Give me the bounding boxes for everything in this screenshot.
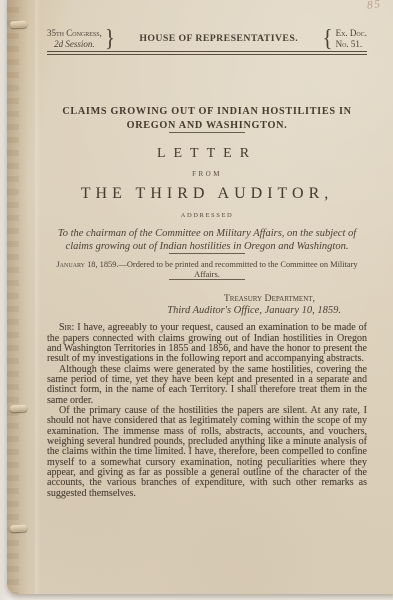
left-brace: } bbox=[105, 26, 115, 50]
scanned-document-background: 85 35th Congress, 2d Session. } HOUSE OF… bbox=[0, 0, 393, 600]
order-date: January 18, 1859. bbox=[56, 260, 118, 269]
session-label: 2d Session. bbox=[47, 39, 102, 50]
document-title: CLAIMS GROWING OUT OF INDIAN HOSTILITIES… bbox=[47, 105, 367, 132]
body-paragraph: Sir: I have, agreeably to your request, … bbox=[47, 323, 367, 364]
body-paragraph: Of the primary cause of the hostilities … bbox=[47, 406, 367, 499]
addressee-text: To the chairman of the Committee on Mili… bbox=[47, 228, 367, 253]
section-rule bbox=[169, 253, 245, 254]
from-label: FROM bbox=[47, 170, 367, 178]
binding-stitch bbox=[10, 21, 27, 29]
printed-content: 35th Congress, 2d Session. } HOUSE OF RE… bbox=[47, 0, 367, 499]
letter-body: Sir: I have, agreeably to your request, … bbox=[47, 323, 367, 499]
binding-stitch bbox=[10, 405, 27, 413]
congress-session-block: 35th Congress, 2d Session. bbox=[47, 28, 102, 49]
binding-stitch bbox=[10, 525, 27, 533]
body-paragraph: Although these claims were generated by … bbox=[47, 365, 367, 406]
masthead: 35th Congress, 2d Session. } HOUSE OF RE… bbox=[47, 28, 367, 49]
section-rule bbox=[169, 132, 245, 133]
section-rule bbox=[169, 279, 245, 280]
title-line-2: OREGON AND WASHINGTON. bbox=[47, 119, 367, 133]
right-brace: { bbox=[322, 26, 332, 50]
office-dateline: Third Auditor's Office, January 10, 1859… bbox=[47, 305, 367, 318]
author-heading: THE THIRD AUDITOR, bbox=[47, 185, 367, 203]
doc-type-label: Ex. Doc. bbox=[336, 28, 367, 39]
order-note: January 18, 1859.—Ordered to be printed … bbox=[47, 260, 367, 279]
dateline: Treasury Department, Third Auditor's Off… bbox=[47, 293, 367, 317]
addressed-label: ADDRESSED bbox=[47, 212, 367, 219]
masthead-rule bbox=[47, 51, 367, 55]
salutation: Sir: bbox=[59, 322, 74, 333]
chamber-label: HOUSE OF REPRESENTATIVES. bbox=[118, 33, 320, 44]
doc-number-label: No. 51. bbox=[336, 39, 367, 50]
doc-number-block: Ex. Doc. No. 51. bbox=[336, 28, 367, 49]
binding-spine bbox=[7, 0, 43, 594]
pencil-annotation: 85 bbox=[366, 0, 382, 12]
order-text: —Ordered to be printed and recommitted t… bbox=[119, 260, 358, 279]
document-page: 85 35th Congress, 2d Session. } HOUSE OF… bbox=[7, 0, 393, 594]
title-line-1: CLAIMS GROWING OUT OF INDIAN HOSTILITIES… bbox=[47, 105, 367, 119]
department-label: Treasury Department, bbox=[47, 293, 367, 305]
paragraph-text: I have, agreeably to your request, cause… bbox=[47, 322, 367, 364]
letter-heading: LETTER bbox=[47, 146, 367, 162]
congress-label: 35th Congress, bbox=[47, 28, 102, 39]
